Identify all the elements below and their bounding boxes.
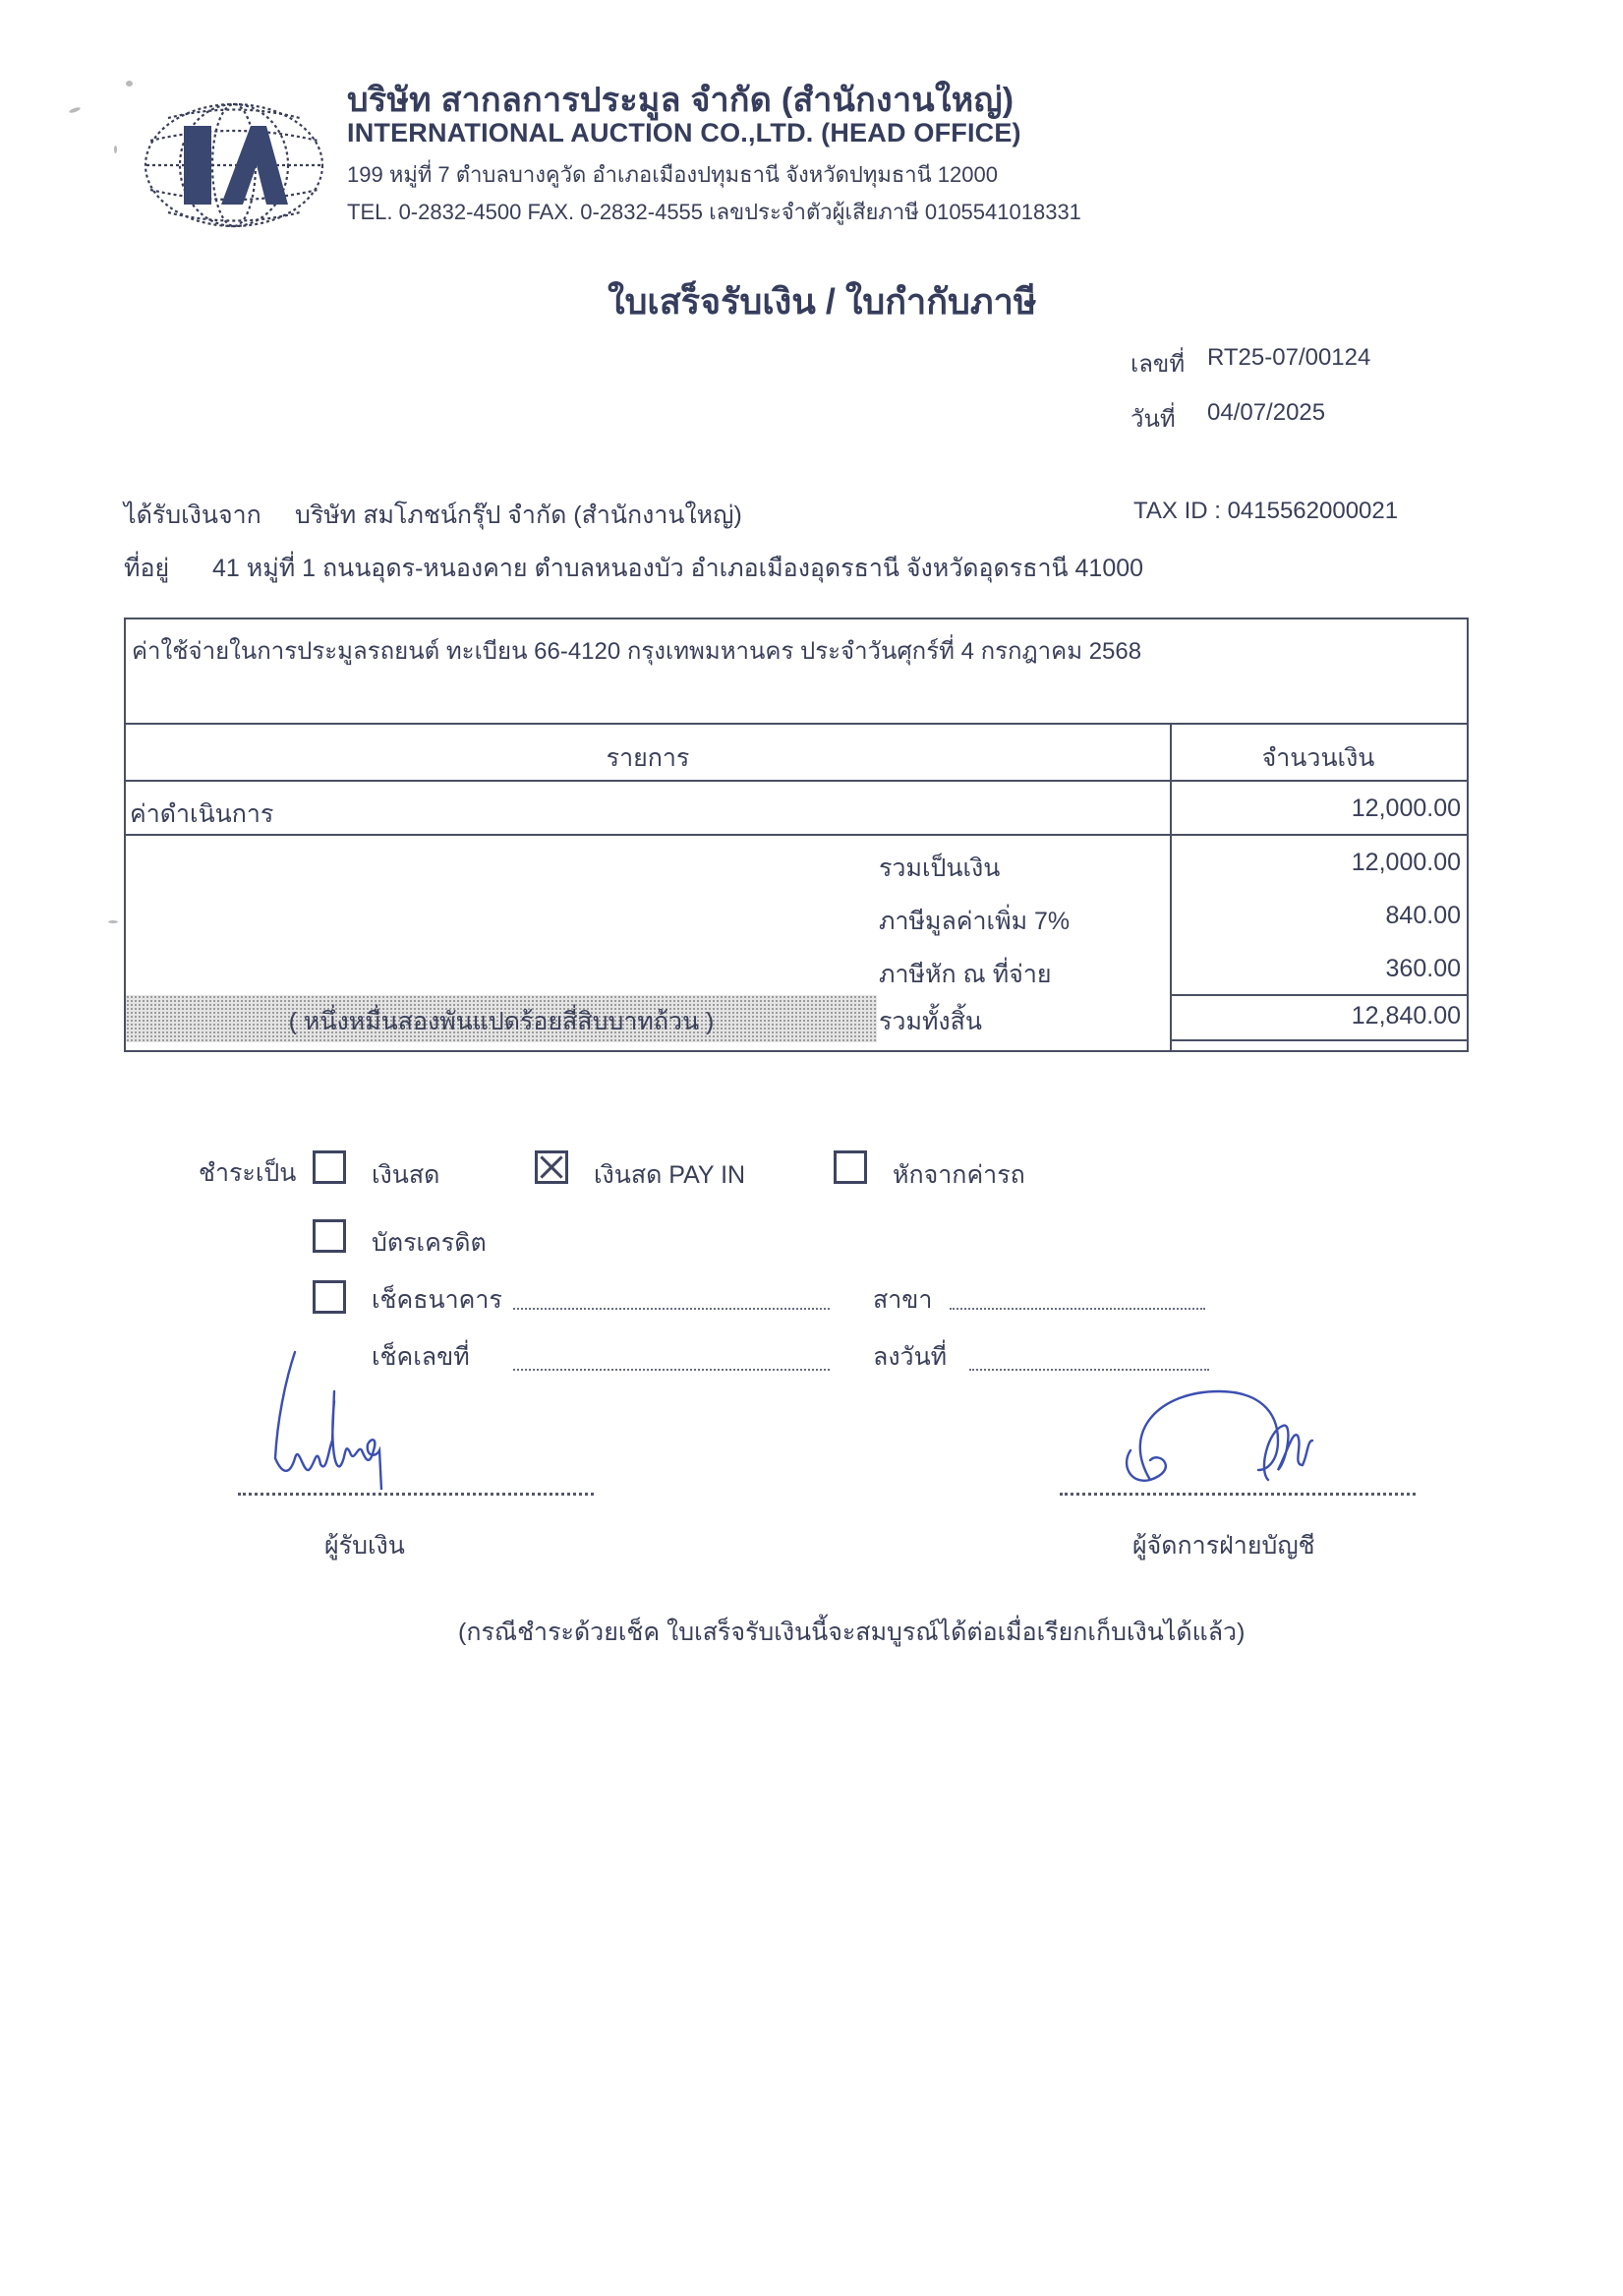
document-date-label: วันที่ (1130, 399, 1176, 438)
divider (126, 723, 1467, 725)
scan-speck (108, 920, 118, 923)
bank-name-field[interactable] (513, 1308, 830, 1310)
withholding-tax-label: ภาษีหัก ณ ที่จ่าย (879, 955, 1052, 994)
checkbox-credit-card[interactable] (313, 1219, 346, 1253)
checkbox-cash-pay-in[interactable] (535, 1150, 568, 1184)
scan-speck (114, 146, 117, 153)
option-cash-label: เงินสด (372, 1155, 439, 1195)
grand-total-amount: 12,840.00 (1176, 1002, 1461, 1030)
document-title: ใบเสร็จรับเงิน / ใบกำกับภาษี (608, 273, 1037, 329)
branch-field[interactable] (950, 1308, 1205, 1310)
option-cash-pay-in-label: เงินสด PAY IN (594, 1155, 745, 1195)
manager-signature-icon (1111, 1372, 1347, 1490)
scan-speck (69, 106, 82, 114)
checkbox-deduct-from-car[interactable] (834, 1150, 867, 1184)
option-credit-card-label: บัตรเครดิต (372, 1223, 487, 1263)
withholding-tax-amount: 360.00 (1176, 955, 1461, 983)
checkbox-cash[interactable] (313, 1150, 346, 1184)
cheque-date-label: ลงวันที่ (873, 1337, 947, 1377)
branch-label: สาขา (873, 1280, 932, 1320)
column-header-items: รายการ (126, 738, 1170, 778)
vat-amount: 840.00 (1176, 902, 1461, 930)
item-amount: 12,000.00 (1176, 795, 1461, 823)
checkbox-bank-cheque[interactable] (313, 1280, 346, 1314)
payment-method-label: ชำระเป็น (199, 1153, 296, 1193)
item-name: ค่าดำเนินการ (130, 795, 273, 834)
receiver-signature-icon (256, 1342, 452, 1490)
customer-name: บริษัท สมโภชน์กรุ๊ป จำกัด (สำนักงานใหญ่) (295, 496, 742, 535)
receiver-label: ผู้รับเงิน (324, 1526, 405, 1565)
option-bank-cheque-label: เช็คธนาคาร (372, 1280, 502, 1320)
document-number: RT25-07/00124 (1207, 344, 1370, 372)
receiver-signature-line (238, 1493, 594, 1496)
received-from-label: ได้รับเงินจาก (124, 496, 261, 535)
table-description: ค่าใช้จ่ายในการประมูลรถยนต์ ทะเบียน 66-4… (132, 631, 1141, 670)
company-address: 199 หมู่ที่ 7 ตำบลบางคูวัด อำเภอเมืองปทุ… (347, 157, 998, 192)
scan-speck (126, 81, 133, 87)
grand-total-label: รวมทั้งสิ้น (879, 1002, 982, 1041)
globe-logo-icon (141, 96, 327, 234)
amount-in-words: ( หนึ่งหมื่นสองพันแปดร้อยสี่สิบบาทถ้วน ) (126, 1002, 877, 1041)
customer-address: 41 หมู่ที่ 1 ถนนอุดร-หนองคาย ตำบลหนองบัว… (212, 549, 1143, 588)
footer-note: (กรณีชำระด้วยเช็ค ใบเสร็จรับเงินนี้จะสมบ… (458, 1613, 1245, 1652)
divider (1170, 994, 1467, 996)
document-date: 04/07/2025 (1207, 399, 1325, 427)
company-name-english: INTERNATIONAL AUCTION CO.,LTD. (HEAD OFF… (347, 118, 1021, 148)
cheque-number-field[interactable] (513, 1369, 830, 1371)
column-header-amount: จำนวนเงิน (1170, 738, 1467, 778)
receipt-table: ค่าใช้จ่ายในการประมูลรถยนต์ ทะเบียน 66-4… (124, 618, 1469, 1052)
double-underline (1170, 1039, 1467, 1041)
customer-tax-id: TAX ID : 0415562000021 (1133, 498, 1398, 525)
vat-label: ภาษีมูลค่าเพิ่ม 7% (879, 902, 1070, 941)
divider (126, 780, 1467, 782)
customer-address-label: ที่อยู่ (124, 549, 169, 588)
subtotal-label: รวมเป็นเงิน (879, 849, 1000, 888)
divider (126, 834, 1467, 836)
manager-label: ผู้จัดการฝ่ายบัญชี (1132, 1526, 1315, 1565)
subtotal-amount: 12,000.00 (1176, 849, 1461, 877)
company-contact: TEL. 0-2832-4500 FAX. 0-2832-4555 เลขประ… (347, 195, 1081, 229)
document-number-label: เลขที่ (1130, 344, 1185, 383)
option-deduct-from-car-label: หักจากค่ารถ (893, 1155, 1025, 1195)
cheque-date-field[interactable] (969, 1369, 1209, 1371)
manager-signature-line (1060, 1493, 1416, 1496)
